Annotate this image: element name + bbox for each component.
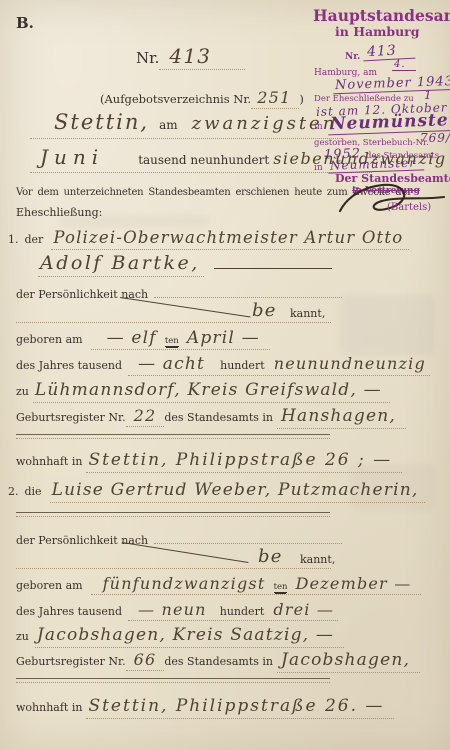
person1-number: 1. [8,233,19,246]
stamp-office-line1: Hauptstandesamt [313,6,450,25]
person1-register-label: Geburtsregister Nr. [16,411,126,424]
person1-identity-hand: be [252,300,277,321]
stamp-death-line1-no: 1 [424,88,433,102]
person2-identity-printed: kannt, [300,553,335,566]
person1-residence: Stettin, Philippstraße 26 ; — [86,450,402,473]
person1-register-place: Hanshagen, [277,406,406,429]
person2-residence-label: wohnhaft in [16,701,82,714]
record-number-label: Nr. [136,49,159,67]
person2-residence: Stettin, Philippstraße 26. — [86,696,394,719]
filler-stroke [214,254,332,269]
person2-zu-label: zu [16,630,29,643]
person2-year-hand2: drei — [273,600,334,619]
empty-rule-line [16,678,330,683]
person1-born-month: April — [187,328,260,348]
dateline-year-printed: tausend neunhundert [138,153,269,167]
stamp-nr-label: Nr. [345,52,360,62]
person1-born-suffix: ten [165,336,179,347]
person1-identity-printed: kannt, [290,307,325,320]
empty-rule-line [16,434,330,439]
stamp-death-line3-label: in [314,122,323,132]
person2-register-label: Geburtsregister Nr. [16,655,126,668]
person1-birthplace: Lühmannsdorf, Kreis Greifswald, — [33,380,390,403]
banns-register-value: 251 [251,88,299,109]
person1-born-day: — elf [107,328,157,348]
person2-register-mid: des Standesamts in [164,655,273,668]
banns-register-close: ) [299,92,304,106]
person2-born-day: fünfundzwanzigst [103,574,266,593]
person1-born-label: geboren am [16,333,83,346]
person1-register-no: 22 [126,406,165,427]
banns-register-label: (Aufgebotsverzeichnis Nr. [100,92,251,106]
dateline-am-label: am [159,118,178,132]
person2-register-place: Jacobshagen, [277,650,420,673]
person1-year-hundert: hundert [220,359,264,372]
person1-residence-label: wohnhaft in [16,455,82,468]
person1-year-hand2: neunundneunzig [274,354,426,373]
person2-year-hand1: — neun [138,600,207,619]
person1-register-mid: des Standesamts in [164,411,273,424]
person1-year-label: des Jahres tausend [16,359,122,372]
person2-born-suffix: ten [274,582,288,593]
person1-name-line2: Adolf Bartke, [38,252,204,277]
person2-article: die [25,485,42,498]
person1-name-line1: Polizei-Oberwachtmeister Artur Otto [51,228,409,250]
intro-line2: Eheschließung: [16,206,102,219]
person2-year-label: des Jahres tausend [16,605,122,618]
person1-zu-label: zu [16,385,29,398]
dateline-month: Juni [40,145,104,169]
record-number-value: 413 [159,44,245,70]
person2-register-no: 66 [126,650,165,671]
bleedthrough-mark [340,295,435,355]
stamp-office-line2: in Hamburg [335,24,419,39]
stamp-signature-name: (Bartels) [386,201,432,214]
stamp-death-line4-no: 769/ [420,131,450,145]
stamp-death-line6-place: Neumünster [328,155,424,173]
empty-rule-line [16,512,330,517]
person2-year-hundert: hundert [220,605,264,618]
stamp-nr-sub: 4. [392,59,416,71]
person2-name-line1: Luise Gertrud Weeber, Putzmacherin, [50,480,425,503]
person2-birthplace: Jacobshagen, Kreis Saatzig, — [35,625,344,648]
dateline-place: Stettin, [54,110,149,134]
person2-identity-hand: be [258,546,283,567]
person2-born-label: geboren am [16,579,83,592]
person1-article: der [25,233,44,246]
person1-year-hand1: — acht [138,354,205,374]
corner-letter: B. [16,14,34,32]
stamp-death-line6-label: in [314,163,323,173]
person2-number: 2. [8,485,19,498]
identity-blank [154,530,342,544]
identity-blank [154,284,342,298]
person2-born-month: Dezember — [296,574,412,593]
document-page: B. Nr. 413 (Aufgebotsverzeichnis Nr. 251… [0,0,450,750]
